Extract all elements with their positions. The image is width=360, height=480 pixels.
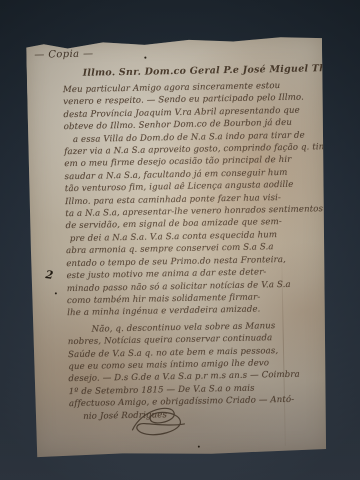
manuscript-paragraph-2: Não, q. descontinuo vela sobre as Manus …: [67, 319, 325, 423]
manuscript-paragraph-1: Meu particular Amigo agora sinceramente …: [63, 79, 323, 320]
ink-speck: [144, 57, 146, 59]
ink-speck: [198, 446, 200, 448]
ink-speck: [55, 292, 57, 294]
photo-background: — Copia — Illmo. Snr. Dom.co Geral P.e J…: [0, 0, 360, 480]
copy-heading: — Copia —: [34, 49, 93, 61]
manuscript-text-block: Illmo. Snr. Dom.co Geral P.e José Miguel…: [63, 63, 326, 423]
signature-rubric-icon: [127, 402, 192, 443]
manuscript-paper: — Copia — Illmo. Snr. Dom.co Geral P.e J…: [26, 35, 330, 459]
margin-mark: 2: [45, 268, 54, 282]
salutation-line: Illmo. Snr. Dom.co Geral P.e José Miguel…: [83, 63, 319, 79]
